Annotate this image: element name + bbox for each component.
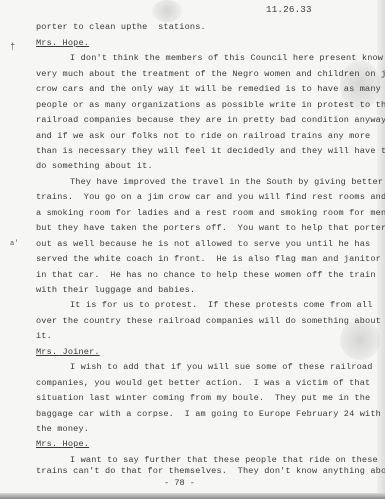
text-line: porter to clean upthe stations. xyxy=(36,22,206,32)
text-line: than is necessary they will feel it deci… xyxy=(36,146,385,156)
text-line: I don't think the members of this Counci… xyxy=(70,53,383,63)
text-line: with their luggage and babies. xyxy=(36,285,195,295)
speaker-label: Mrs. Joiner. xyxy=(36,347,100,357)
text-line: crow cars and the only way it will be re… xyxy=(36,84,381,94)
text-line: situation last winter coming from my bou… xyxy=(36,393,370,403)
text-line: I wish to add that if you will sue some … xyxy=(70,362,373,372)
text-line: trains. You go on a jim crow car and you… xyxy=(36,192,385,202)
text-line: trains can't do that for themselves. The… xyxy=(36,466,385,476)
text-line: They have improved the travel in the Sou… xyxy=(70,177,383,187)
page-number: - 78 - xyxy=(164,478,195,488)
text-line: it. xyxy=(36,331,52,341)
speaker-label: Mrs. Hope. xyxy=(36,38,89,48)
text-line: It is for us to protest. If these protes… xyxy=(70,300,373,310)
text-line: in that car. He has no chance to help th… xyxy=(36,270,376,280)
text-line: out as well because he is not allowed to… xyxy=(36,239,370,249)
text-line: served the white coach in front. He is a… xyxy=(36,254,381,264)
ink-smudge xyxy=(340,320,380,360)
text-line: railroad companies because they are in p… xyxy=(36,115,385,125)
text-line: companies, you would get better action. … xyxy=(36,378,370,388)
text-line: and if we ask our folks not to ride on r… xyxy=(36,131,370,141)
text-line: but they have taken the porters off. You… xyxy=(36,223,385,233)
speaker-label: Mrs. Hope. xyxy=(36,439,89,449)
ink-smudge xyxy=(152,0,182,22)
date-header: 11.26.33 xyxy=(266,4,312,15)
text-line: a smoking room for ladies and a rest roo… xyxy=(36,208,385,218)
margin-mark: † xyxy=(10,42,15,52)
text-line: baggage car with a corpse. I am going to… xyxy=(36,409,381,419)
text-line: people or as many organizations as possi… xyxy=(36,100,385,110)
margin-mark: a' xyxy=(10,240,18,248)
text-line: the money. xyxy=(36,424,89,434)
text-line: I want to say further that these people … xyxy=(70,455,378,465)
text-line: do something about it. xyxy=(36,161,153,171)
document-page: 11.26.33 † a' porter to clean upthe stat… xyxy=(0,0,385,499)
text-line: over the country these railroad companie… xyxy=(36,316,381,326)
text-line: very much about the treatment of the Neg… xyxy=(36,69,385,79)
